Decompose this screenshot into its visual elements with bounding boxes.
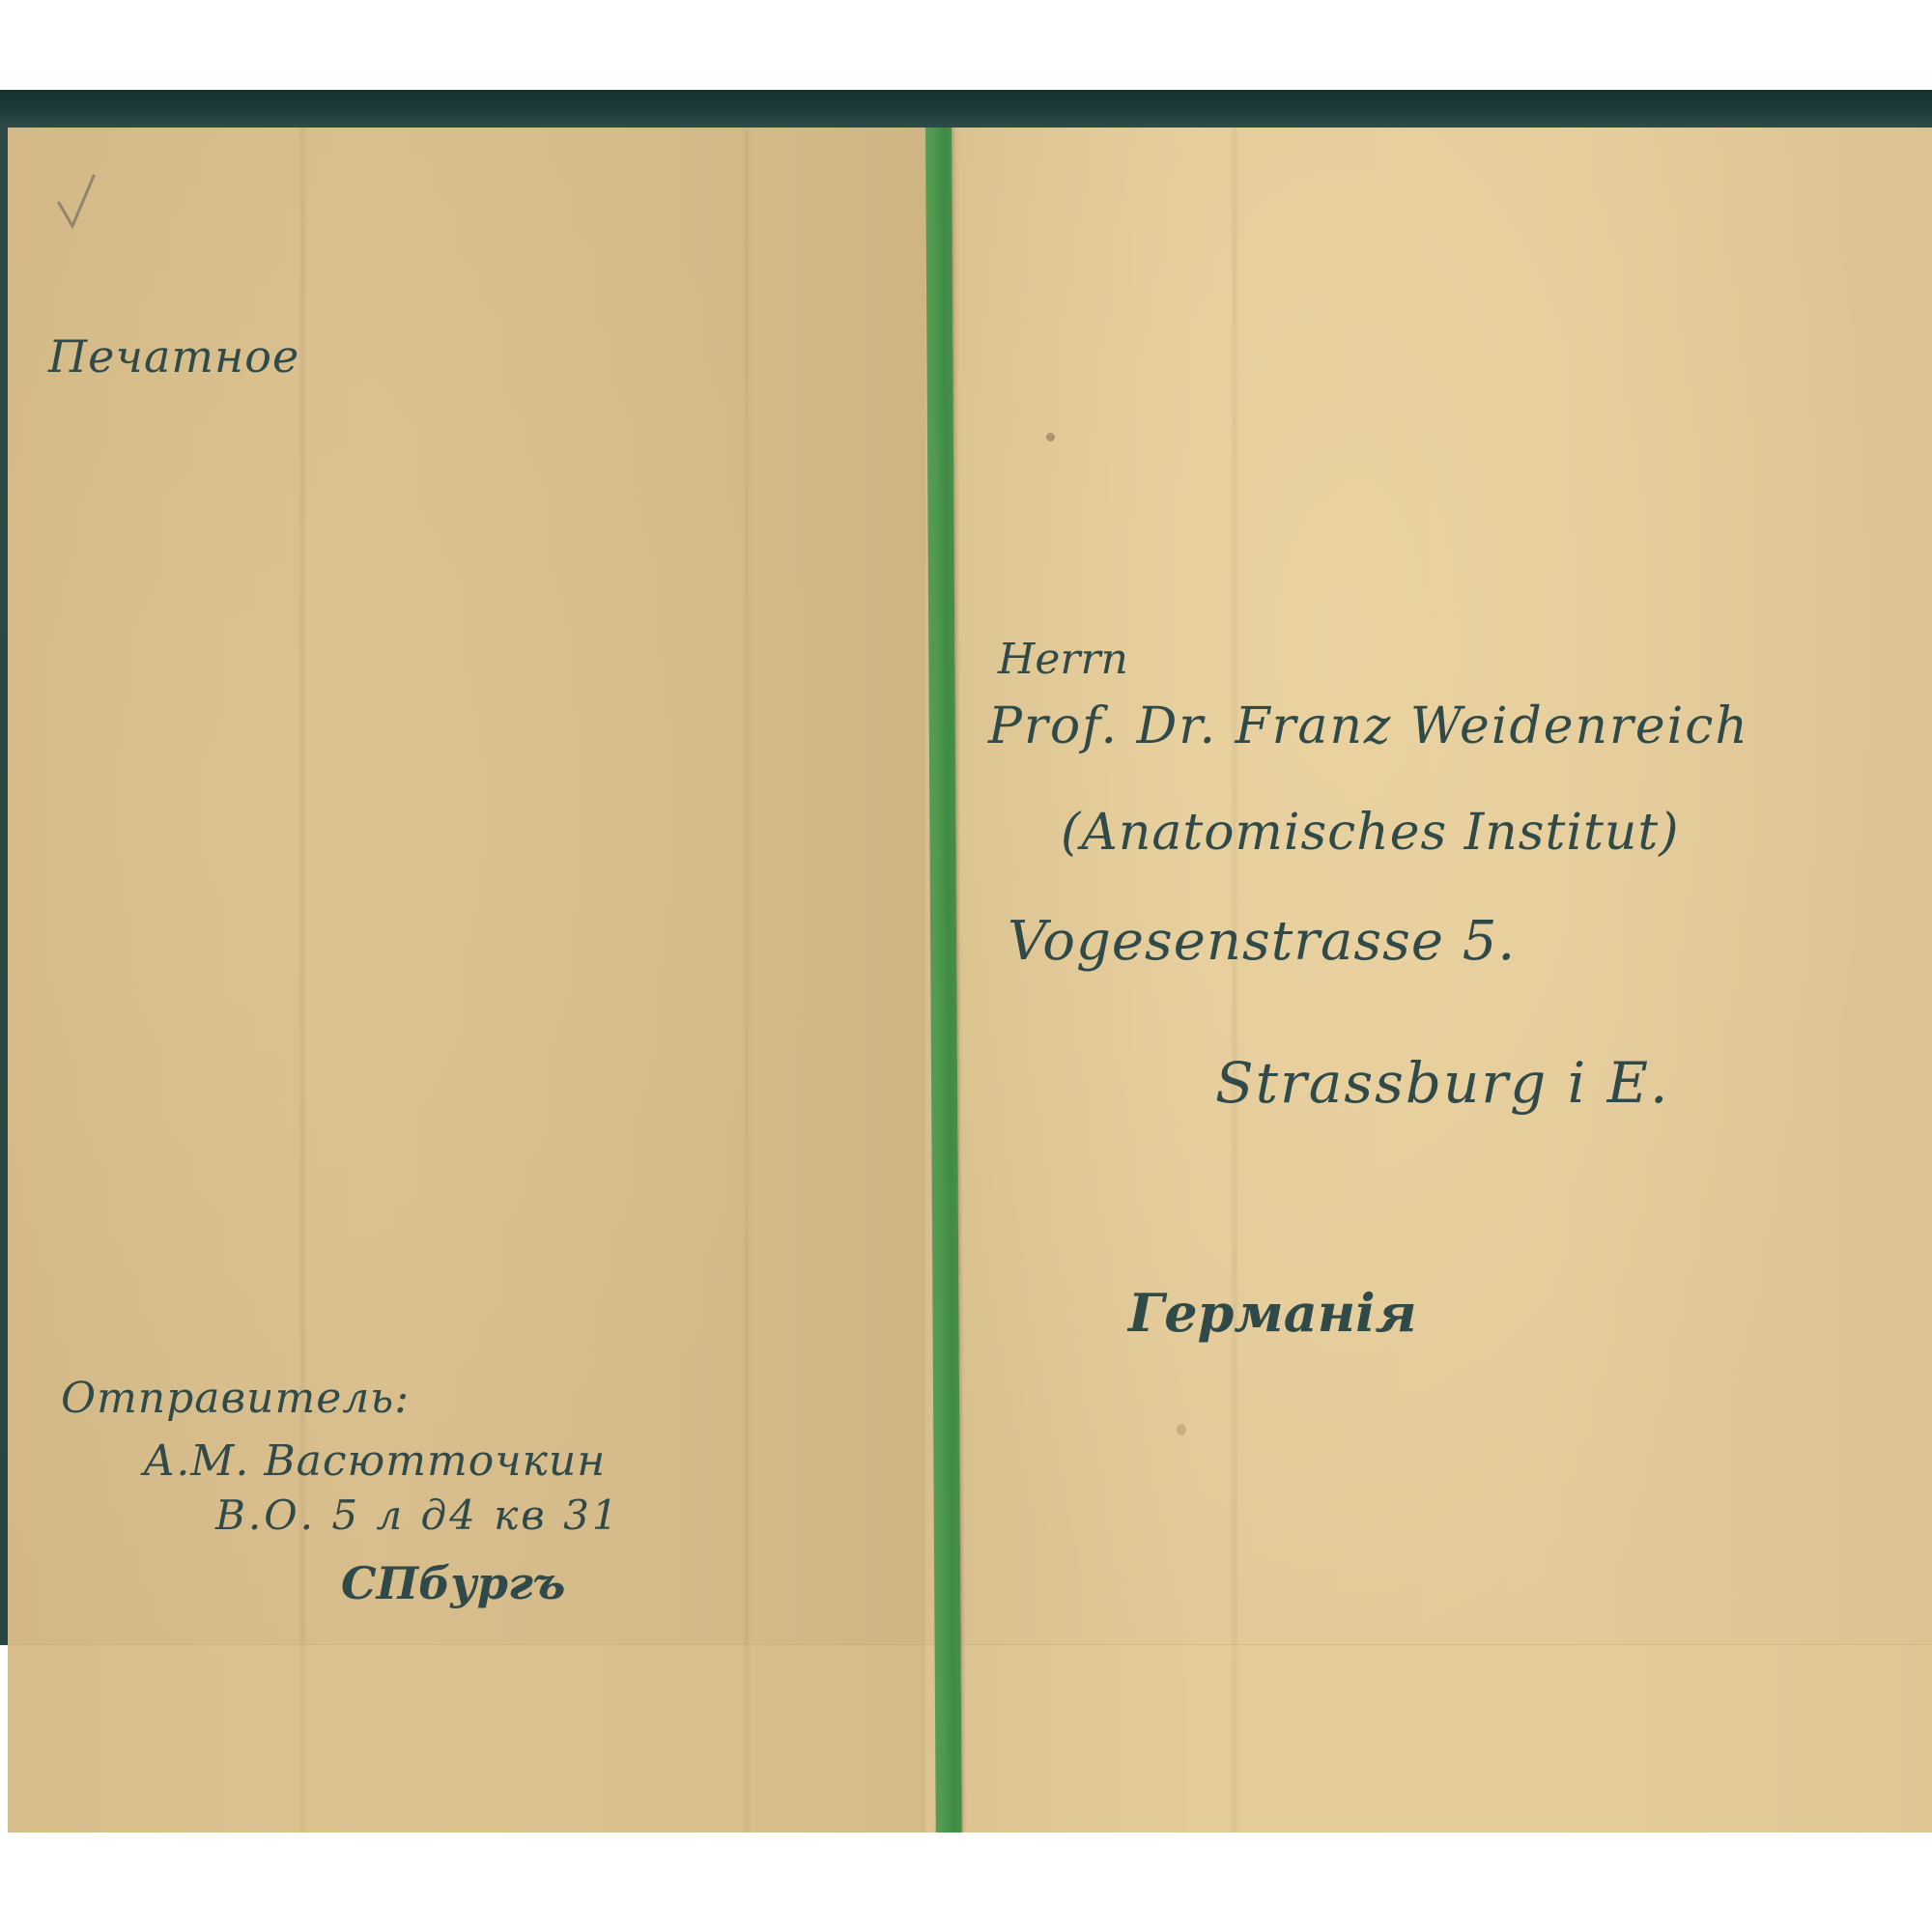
recipient-city: Strassburg i E. (1215, 1050, 1669, 1116)
wrapper-paper: Печатное Отправитель: А.М. Васютточкин В… (8, 128, 1932, 1833)
left-panel: Печатное Отправитель: А.М. Васютточкин В… (8, 128, 925, 1833)
pencil-check-mark-icon (51, 166, 109, 234)
lower-paper-band (8, 1644, 1932, 1833)
recipient-name: Prof. Dr. Franz Weidenreich (988, 697, 1749, 755)
sender-label: Отправитель: (61, 1374, 410, 1423)
fold-crease (742, 128, 752, 1833)
paper-spot (1046, 433, 1055, 441)
sender-address: В.О. 5 л д4 кв 31 (215, 1492, 621, 1539)
mail-class-note: Печатное (48, 330, 299, 383)
fold-crease (298, 128, 307, 1833)
paper-spot (1177, 1424, 1186, 1435)
green-wrapper-stripe (925, 128, 962, 1833)
recipient-institution: (Anatomisches Institut) (1061, 804, 1680, 862)
sender-name: А.М. Васютточкин (143, 1436, 606, 1486)
fold-crease (1230, 128, 1239, 1833)
recipient-salutation: Herrn (998, 635, 1128, 684)
recipient-street: Vogesenstrasse 5. (1008, 910, 1516, 973)
recipient-country: Германія (1128, 1282, 1417, 1344)
sender-city: СПбургъ (341, 1557, 565, 1609)
right-panel: Когда за пересылку причитается больѣ 2 к… (959, 128, 1932, 1833)
